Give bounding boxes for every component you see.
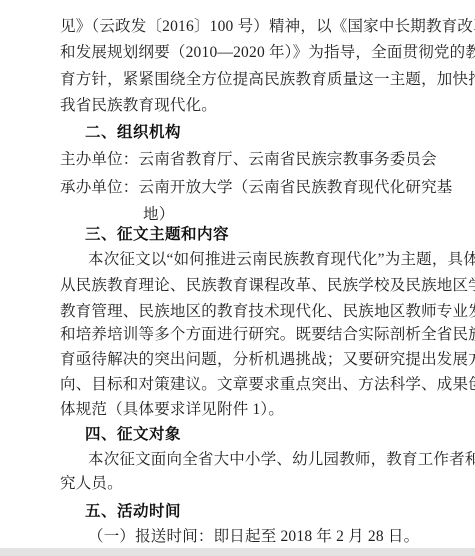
text-line: 本次征文以“如何推进云南民族教育现代化”为主题，具体 — [88, 252, 475, 268]
text-line: 和培养培训等多个方面进行研究。既要结合实际剖析全省民族教 — [60, 327, 475, 343]
text-line: 和发展规划纲要（2010—2020 年）》为指导，全面贯彻党的教 — [60, 45, 475, 61]
text-line: 从民族教育理论、民族教育课程改革、民族学校及民族地区学校 — [60, 278, 475, 294]
text-line: 地） — [143, 207, 174, 223]
text-line: 体规范（具体要求详见附件 1）。 — [60, 402, 284, 418]
document-page: 见》（云政发〔2016〕100 号）精神，以《国家中长期教育改革 和发展规划纲要… — [0, 0, 475, 556]
text-line: 究人员。 — [60, 476, 123, 492]
text-line: 教育管理、民族地区的教育技术现代化、民族地区教师专业发展 — [60, 304, 475, 320]
text-line: 本次征文面向全省大中小学、幼儿园教师，教育工作者和研 — [88, 452, 475, 468]
section-heading-3: 三、征文主题和内容 — [85, 227, 229, 243]
undertaker-line: 承办单位：云南开放大学（云南省民族教育现代化研究基 — [60, 180, 453, 196]
text-line: 我省民族教育现代化。 — [60, 98, 217, 114]
page-bottom-edge — [0, 548, 475, 556]
deadline-line: （一）报送时间：即日起至 2018 年 2 月 28 日。 — [88, 529, 419, 545]
section-heading-4: 四、征文对象 — [85, 427, 181, 443]
text-line: 育亟待解决的突出问题，分析机遇挑战；又要研究提出发展方 — [60, 352, 475, 368]
text-line: 育方针，紧紧围绕全方位提高民族教育质量这一主题，加快推进 — [60, 72, 475, 88]
text-line: 见》（云政发〔2016〕100 号）精神，以《国家中长期教育改革 — [60, 19, 475, 35]
section-heading-5: 五、活动时间 — [85, 504, 181, 520]
text-line: 向、目标和对策建议。文章要求重点突出、方法科学、成果创新、文 — [60, 377, 475, 393]
organizer-line: 主办单位：云南省教育厅、云南省民族宗教事务委员会 — [60, 152, 437, 168]
section-heading-2: 二、组织机构 — [85, 125, 181, 141]
